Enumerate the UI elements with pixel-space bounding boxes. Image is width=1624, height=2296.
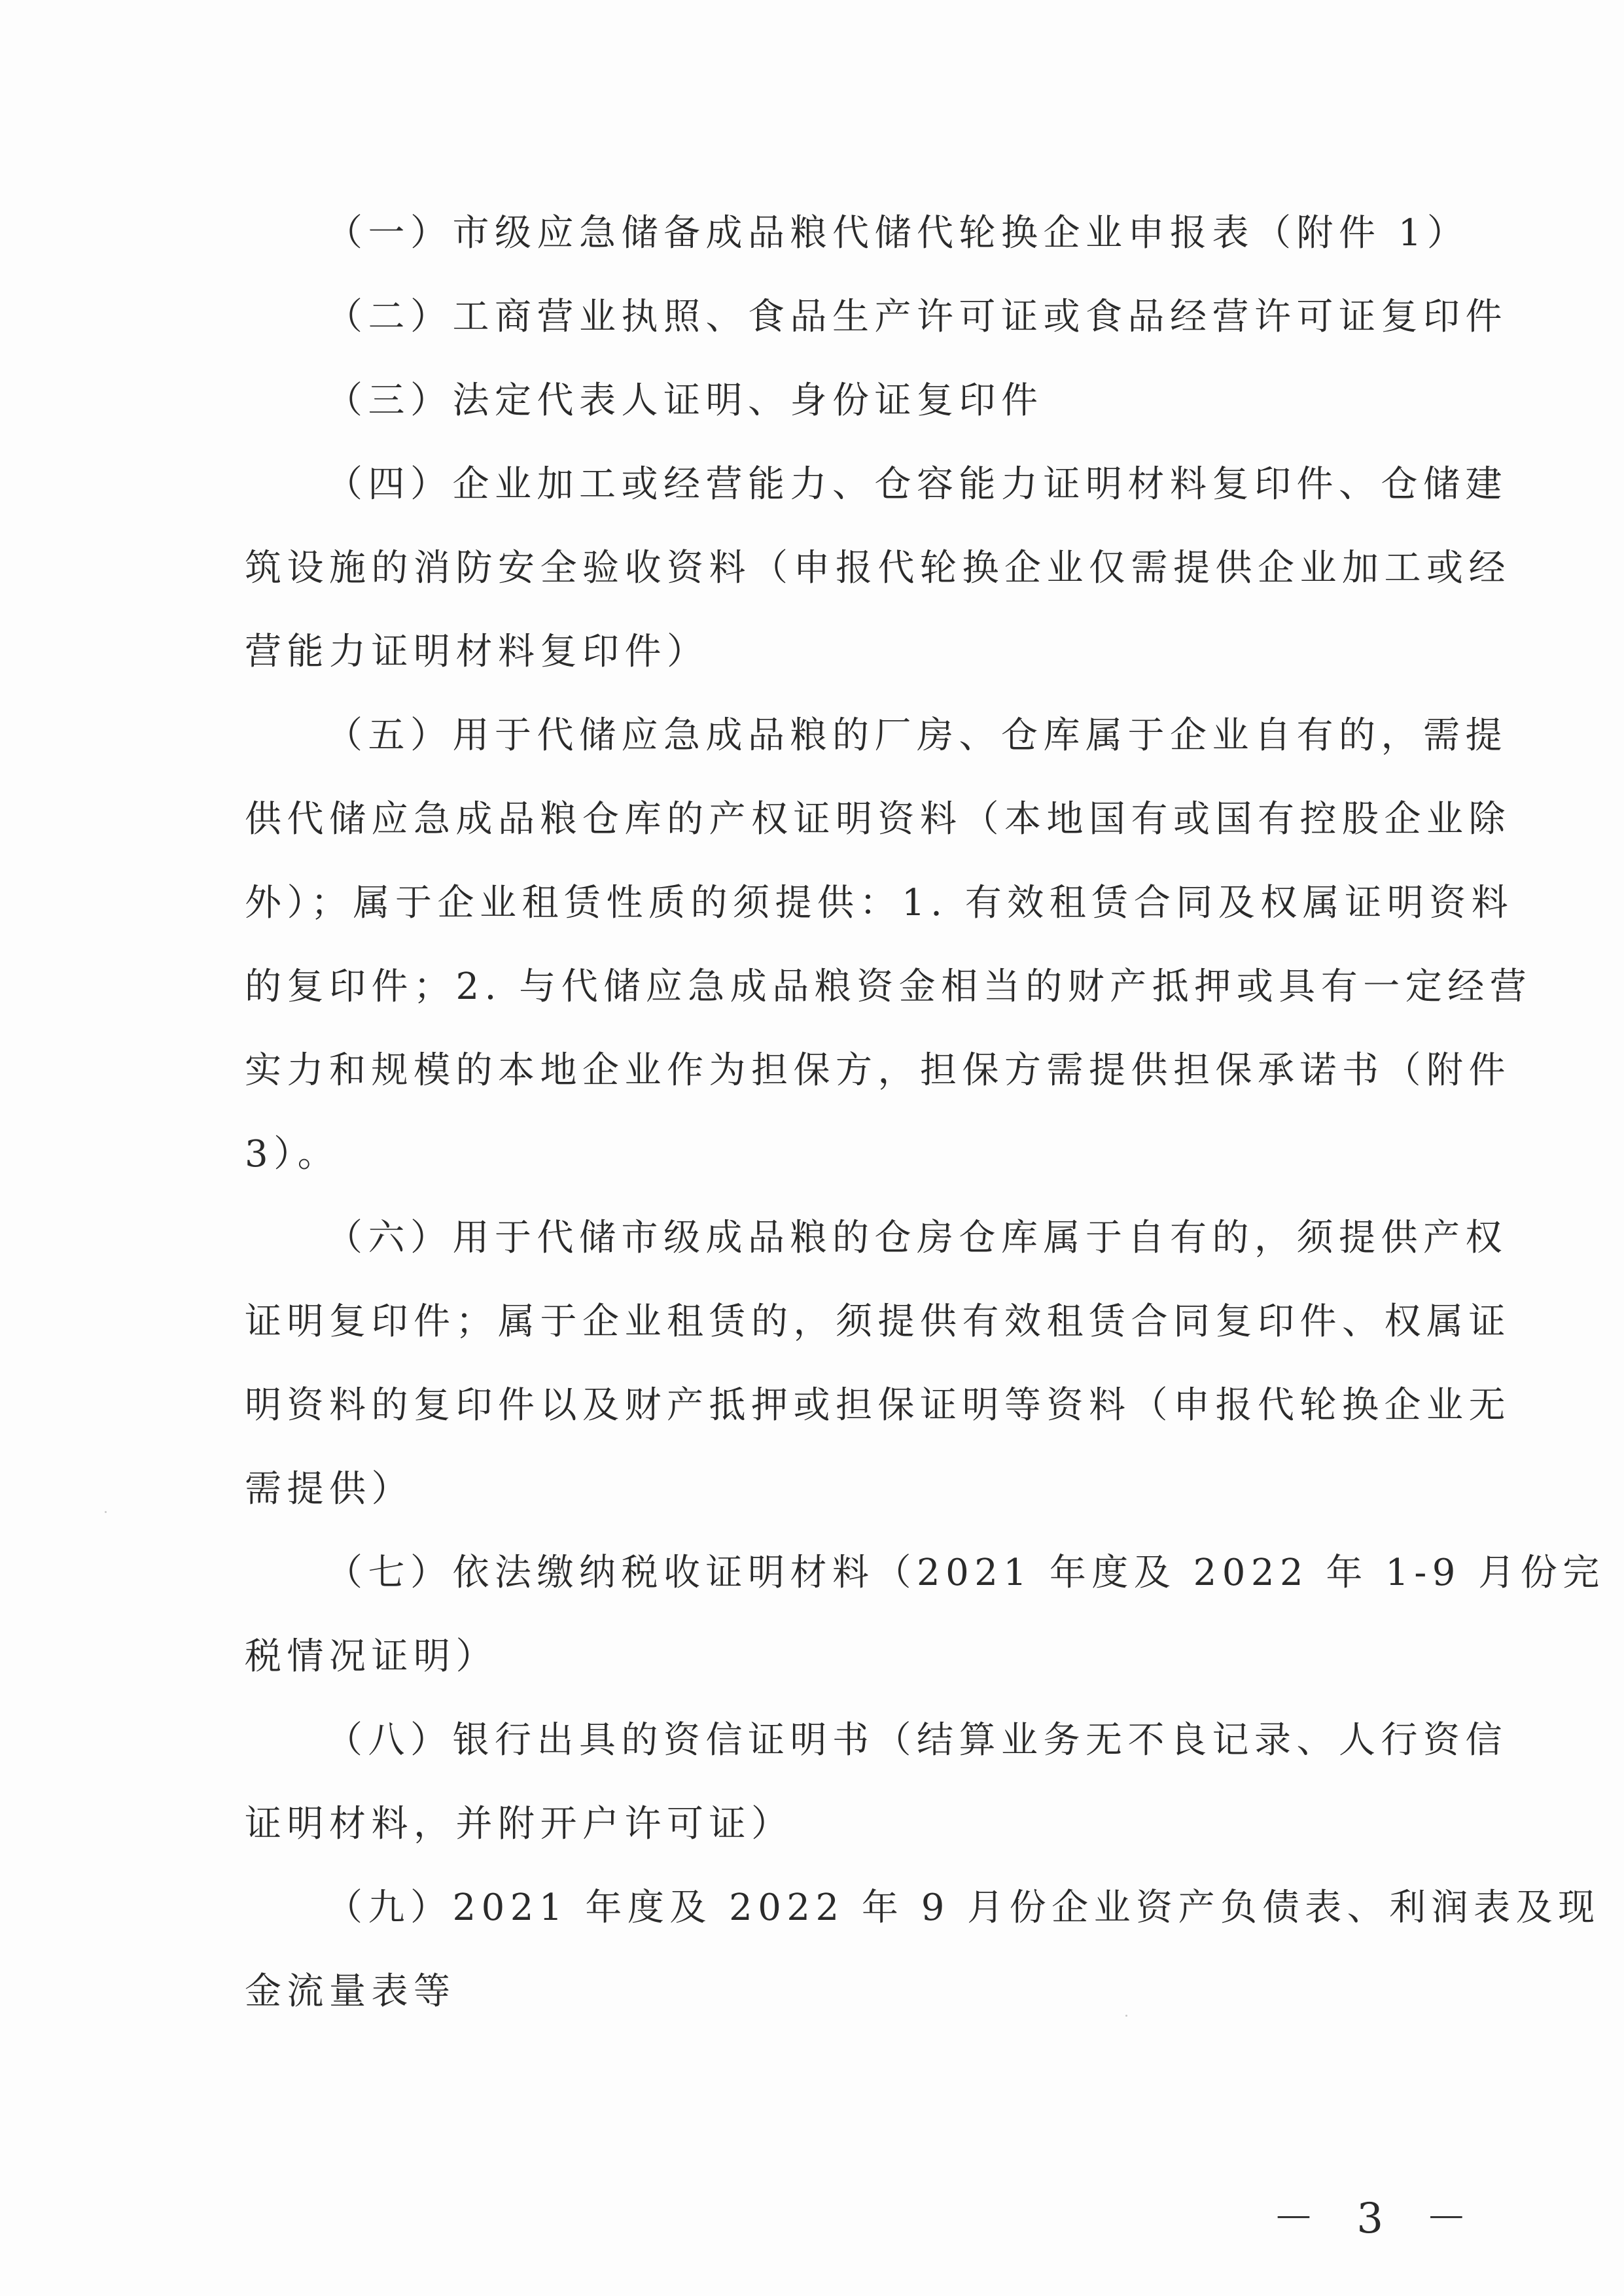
- paragraph-item-5-line-1: （五）用于代储应急成品粮的厂房、仓库属于企业自有的，需提: [326, 713, 1508, 759]
- paragraph-item-5-line-3: 外）；属于企业租赁性质的须提供：1. 有效租赁合同及权属证明资料: [245, 880, 1513, 926]
- paragraph-item-6-line-4: 需提供）: [245, 1467, 414, 1512]
- scan-speck: [105, 1511, 107, 1513]
- paragraph-item-6-line-2: 证明复印件；属于企业租赁的，须提供有效租赁合同复印件、权属证: [245, 1299, 1511, 1345]
- paragraph-item-5-line-2: 供代储应急成品粮仓库的产权证明资料（本地国有或国有控股企业除: [245, 797, 1511, 843]
- paragraph-item-9-line-1: （九）2021 年度及 2022 年 9 月份企业资产负债表、利润表及现: [326, 1885, 1600, 1931]
- paragraph-item-7-line-2: 税情况证明）: [245, 1634, 498, 1680]
- paragraph-item-1-line-1: （一）市级应急储备成品粮代储代轮换企业申报表（附件 1）: [326, 211, 1469, 256]
- paragraph-item-4-line-2: 筑设施的消防安全验收资料（申报代轮换企业仅需提供企业加工或经: [245, 546, 1511, 591]
- paragraph-item-6-line-3: 明资料的复印件以及财产抵押或担保证明等资料（申报代轮换企业无: [245, 1383, 1511, 1429]
- paragraph-item-5-line-4: 的复印件；2. 与代储应急成品粮资金相当的财产抵押或具有一定经营: [245, 964, 1532, 1010]
- document-page: （一）市级应急储备成品粮代储代轮换企业申报表（附件 1） （二）工商营业执照、食…: [0, 0, 1624, 2296]
- paragraph-item-9-line-2: 金流量表等: [245, 1969, 456, 2015]
- paragraph-item-5-line-5: 实力和规模的本地企业作为担保方，担保方需提供担保承诺书（附件: [245, 1048, 1511, 1094]
- paragraph-item-8-line-2: 证明材料，并附开户许可证）: [245, 1801, 794, 1847]
- page-number: － 3 －: [1273, 2185, 1481, 2245]
- scan-speck: [1125, 2015, 1127, 2017]
- paragraph-item-3-line-1: （三）法定代表人证明、身份证复印件: [326, 378, 1044, 424]
- paragraph-item-5-line-6: 3）。: [245, 1132, 340, 1177]
- paragraph-item-8-line-1: （八）银行出具的资信证明书（结算业务无不良记录、人行资信: [326, 1718, 1508, 1764]
- paragraph-item-7-line-1: （七）依法缴纳税收证明材料（2021 年度及 2022 年 1-9 月份完: [326, 1550, 1605, 1596]
- paragraph-item-2-line-1: （二）工商营业执照、食品生产许可证或食品经营许可证复印件: [326, 294, 1508, 340]
- paragraph-item-4-line-1: （四）企业加工或经营能力、仓容能力证明材料复印件、仓储建: [326, 462, 1508, 508]
- paragraph-item-6-line-1: （六）用于代储市级成品粮的仓房仓库属于自有的，须提供产权: [326, 1215, 1508, 1261]
- paragraph-item-4-line-3: 营能力证明材料复印件）: [245, 629, 709, 675]
